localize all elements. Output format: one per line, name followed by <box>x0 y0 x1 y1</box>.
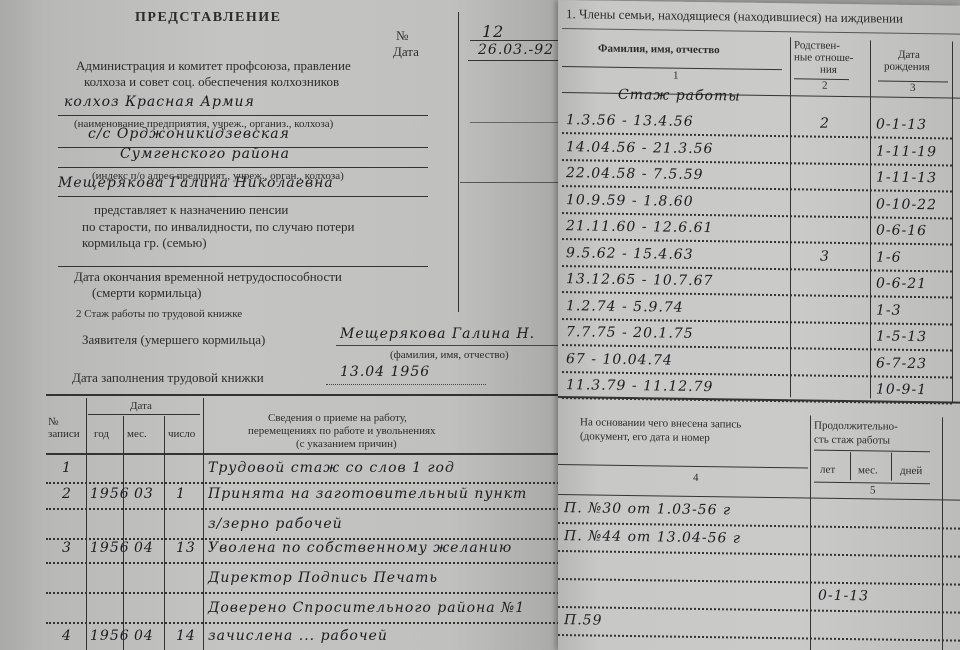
family-period: 22.04.58 - 7.5.59 <box>566 165 704 183</box>
row-text: зачислена ... рабочей <box>208 628 388 644</box>
col-info-line-2: перемещениях по работе и увольнениях <box>248 425 436 437</box>
row-number: 3 <box>62 540 72 556</box>
col-year-header: год <box>94 428 109 440</box>
family-period: 11.3.79 - 11.12.79 <box>566 377 713 395</box>
row-text: Принята на заготовительный пункт <box>208 486 527 502</box>
row-month: 03 <box>134 486 154 502</box>
family-period: 13.12.65 - 10.7.67 <box>566 271 713 289</box>
row-day: 13 <box>176 540 196 556</box>
basis-duration: 0-1-13 <box>818 588 869 605</box>
col-date-header: Дата <box>130 400 152 412</box>
pension-line-3: кормильца гр. (семью) <box>82 235 207 251</box>
row-month: 04 <box>134 628 154 644</box>
family-col-rel-line-2: ные отноше- <box>794 51 853 64</box>
family-dob: 1-3 <box>876 302 902 318</box>
row-year: 1956 <box>90 540 130 556</box>
basis-col-line-2: (документ, его дата и номер <box>580 430 710 444</box>
admin-line-1: Администрация и комитет профсоюза, правл… <box>76 58 351 74</box>
family-col-rel-line-3: ния <box>820 64 837 76</box>
family-dob: 0-6-16 <box>876 222 927 239</box>
basis-col-num: 4 <box>693 472 699 484</box>
book-date-value: 13.04 1956 <box>340 364 430 380</box>
row-divider <box>558 634 960 642</box>
row-divider <box>46 622 566 624</box>
disability-end-line-1: Дата окончания временной нетрудоспособно… <box>74 269 342 285</box>
row-divider <box>46 482 566 484</box>
row-divider <box>558 578 960 586</box>
family-dob: 0-6-21 <box>876 275 927 292</box>
col-info-line-1: Сведения о приеме на работу, <box>268 412 407 424</box>
family-period: 9.5.62 - 15.4.63 <box>566 245 694 263</box>
family-dob: 1-11-13 <box>876 169 937 186</box>
family-col-rel-num: 2 <box>822 80 828 92</box>
family-period: 14.04.56 - 21.3.56 <box>566 139 713 157</box>
section-1-title: 1. Члены семьи, находящиеся (находившиес… <box>566 6 903 27</box>
family-dob: 1-5-13 <box>876 328 927 345</box>
row-number: 2 <box>62 486 72 502</box>
family-rows: 1.3.56 - 13.4.5620-1-1314.04.56 - 21.3.5… <box>558 0 960 6</box>
pension-line-2: по старости, по инвалидности, по случаю … <box>82 219 354 235</box>
family-dob: 0-1-13 <box>876 116 927 133</box>
family-relation: 3 <box>820 248 830 264</box>
duration-col-line-2: сть стаж работы <box>814 434 890 447</box>
person-name: Мещерякова Галина Николаевна <box>58 175 334 191</box>
family-period: 7.7.75 - 20.1.75 <box>566 324 694 342</box>
disability-end-line-2: (смерти кормильца) <box>92 285 201 301</box>
row-divider <box>558 550 960 558</box>
address-line-1: с/с Орджоникидзевская <box>88 126 290 142</box>
row-text: Доверено Спросительного района №1 <box>208 600 525 616</box>
row-month: 04 <box>134 540 154 556</box>
col-month-header: мес. <box>127 428 147 440</box>
document-title: ПРЕДСТАВЛЕНИЕ <box>135 10 281 26</box>
basis-document: П. №30 от 1.03-56 г <box>564 500 731 518</box>
duration-months: мес. <box>858 464 878 476</box>
family-dob: 1-6 <box>876 249 902 265</box>
right-page: 1. Члены семьи, находящиеся (находившиес… <box>558 0 960 650</box>
number-label: № <box>396 28 408 44</box>
row-divider <box>46 592 566 594</box>
row-day: 14 <box>176 628 196 644</box>
col-day-header: число <box>168 428 195 440</box>
family-relation: 2 <box>820 116 830 132</box>
row-year: 1956 <box>90 628 130 644</box>
family-col-name-num: 1 <box>673 70 679 82</box>
section-2-title: 2 Стаж работы по трудовой книжке <box>76 308 242 320</box>
applicant-name: Мещерякова Галина Н. <box>340 326 535 342</box>
family-period: 10.9.59 - 1.8.60 <box>566 192 694 210</box>
row-divider <box>558 606 960 614</box>
family-col-rel-line-1: Родствен- <box>794 39 840 52</box>
family-dob: 1-11-19 <box>876 143 937 160</box>
applicant-caption: (фамилия, имя, отчество) <box>390 349 509 361</box>
family-period: 1.2.74 - 5.9.74 <box>566 298 684 316</box>
duration-years: лет <box>820 464 835 476</box>
basis-document: П. №44 от 13.04-56 г <box>564 528 741 546</box>
row-text: Директор Подпись Печать <box>208 570 438 586</box>
basis-document: П.59 <box>564 612 602 629</box>
row-text: з/зерно рабочей <box>208 516 343 532</box>
duration-col-line-1: Продолжительно- <box>814 420 898 433</box>
family-period: 21.11.60 - 12.6.61 <box>566 218 713 236</box>
duration-col-num: 5 <box>870 484 876 496</box>
row-number: 1 <box>62 460 72 476</box>
family-period: 67 - 10.04.74 <box>566 351 673 368</box>
book-date-label: Дата заполнения трудовой книжки <box>72 370 264 386</box>
family-col-dob-line-2: рождения <box>884 61 930 74</box>
row-text: Уволена по собственному желанию <box>208 540 512 556</box>
family-col-dob-num: 3 <box>910 82 916 94</box>
family-period: 1.3.56 - 13.4.56 <box>566 112 694 130</box>
applicant-label: Заявителя (умершего кормильца) <box>82 332 265 348</box>
row-text: Трудовой стаж со слов 1 год <box>208 460 455 476</box>
family-header-handwritten: Стаж работы <box>618 87 741 105</box>
basis-col-line-1: На основании чего внесена запись <box>580 416 741 430</box>
row-number: 4 <box>62 628 72 644</box>
pension-line-1: представляет к назначению пенсии <box>94 202 288 218</box>
basis-rows: П. №30 от 1.03-56 гП. №44 от 13.04-56 г0… <box>558 0 960 6</box>
row-divider <box>46 562 566 564</box>
family-col-name-header: Фамилия, имя, отчество <box>598 43 720 57</box>
left-page: ПРЕДСТАВЛЕНИЕ № 12 Дата 26.03.-92 Админи… <box>0 0 565 650</box>
date-label: Дата <box>393 44 419 60</box>
row-divider <box>46 508 566 510</box>
address-line-2: Сумгенского района <box>120 146 290 162</box>
col-info-line-3: (с указанием причин) <box>296 438 397 450</box>
family-dob: 10-9-1 <box>876 381 927 398</box>
family-col-dob-line-1: Дата <box>898 49 920 61</box>
row-year: 1956 <box>90 486 130 502</box>
family-dob: 6-7-23 <box>876 355 927 372</box>
org-name: колхоз Красная Армия <box>64 94 255 110</box>
col-num-header: № записи <box>48 416 86 440</box>
admin-line-2: колхоза и совет соц. обеспечения колхозн… <box>84 74 339 90</box>
number-value: 12 <box>482 22 504 41</box>
row-day: 1 <box>176 486 186 502</box>
duration-days: дней <box>900 465 922 477</box>
date-value: 26.03.-92 <box>478 42 554 58</box>
family-dob: 0-10-22 <box>876 196 937 213</box>
